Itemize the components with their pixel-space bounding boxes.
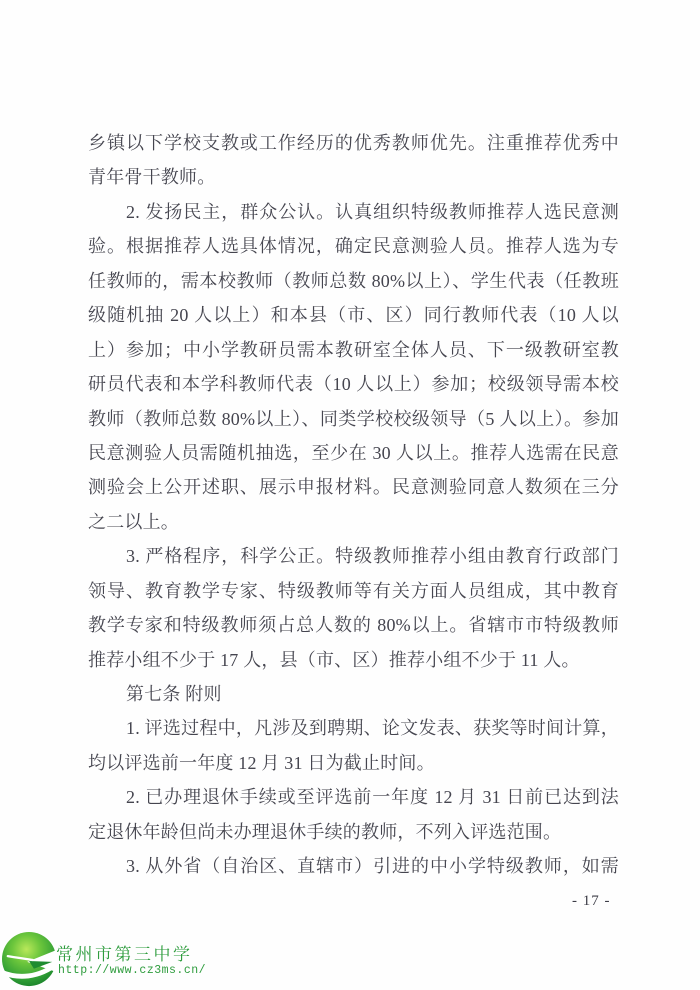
text-line: 第七条 附则	[88, 677, 619, 711]
text-line: 均以评选前一年度 12 月 31 日为截止时间。	[88, 746, 619, 780]
text-line: 领导、教育教学专家、特级教师等有关方面人员组成，其中教育	[88, 574, 619, 608]
text-line: 之二以上。	[88, 505, 619, 539]
text-line: 推荐小组不少于 17 人，县（市、区）推荐小组不少于 11 人。	[88, 643, 619, 677]
text-line: 教师（教师总数 80%以上）、同类学校校级领导（5 人以上）。参加	[88, 402, 619, 436]
text-line: 乡镇以下学校支教或工作经历的优秀教师优先。注重推荐优秀中	[88, 126, 619, 160]
text-line: 任教师的，需本校教师（教师总数 80%以上）、学生代表（任教班	[88, 264, 619, 298]
text-line: 2. 已办理退休手续或至评选前一年度 12 月 31 日前已达到法	[88, 780, 619, 814]
page-number: - 17 -	[572, 893, 611, 910]
text-line: 教学专家和特级教师须占总人数的 80%以上。省辖市市特级教师	[88, 608, 619, 642]
school-url: http://www.cz3ms.cn/	[58, 964, 206, 977]
text-line: 上）参加；中小学教研员需本教研室全体人员、下一级教研室教	[88, 333, 619, 367]
text-line: 3. 从外省（自治区、直辖市）引进的中小学特级教师，如需	[88, 849, 619, 883]
school-name: 常州市第三中学	[56, 940, 193, 965]
text-line: 民意测验人员需随机抽选，至少在 30 人以上。推荐人选需在民意	[88, 436, 619, 470]
school-logo-icon	[2, 931, 60, 989]
text-line: 测验会上公开述职、展示申报材料。民意测验同意人数须在三分	[88, 470, 619, 504]
text-line: 青年骨干教师。	[88, 160, 619, 194]
watermark-footer: 常州市第三中学 http://www.cz3ms.cn/	[0, 928, 260, 990]
text-line: 研员代表和本学科教师代表（10 人以上）参加；校级领导需本校	[88, 367, 619, 401]
text-line: 验。根据推荐人选具体情况，确定民意测验人员。推荐人选为专	[88, 229, 619, 263]
text-line: 定退休年龄但尚未办理退休手续的教师，不列入评选范围。	[88, 815, 619, 849]
document-body: 乡镇以下学校支教或工作经历的优秀教师优先。注重推荐优秀中青年骨干教师。2. 发扬…	[88, 126, 619, 884]
document-page: 乡镇以下学校支教或工作经历的优秀教师优先。注重推荐优秀中青年骨干教师。2. 发扬…	[0, 0, 700, 990]
text-line: 级随机抽 20 人以上）和本县（市、区）同行教师代表（10 人以	[88, 298, 619, 332]
text-line: 1. 评选过程中，凡涉及到聘期、论文发表、获奖等时间计算，	[88, 711, 619, 745]
text-line: 3. 严格程序，科学公正。特级教师推荐小组由教育行政部门	[88, 539, 619, 573]
text-line: 2. 发扬民主，群众公认。认真组织特级教师推荐人选民意测	[88, 195, 619, 229]
